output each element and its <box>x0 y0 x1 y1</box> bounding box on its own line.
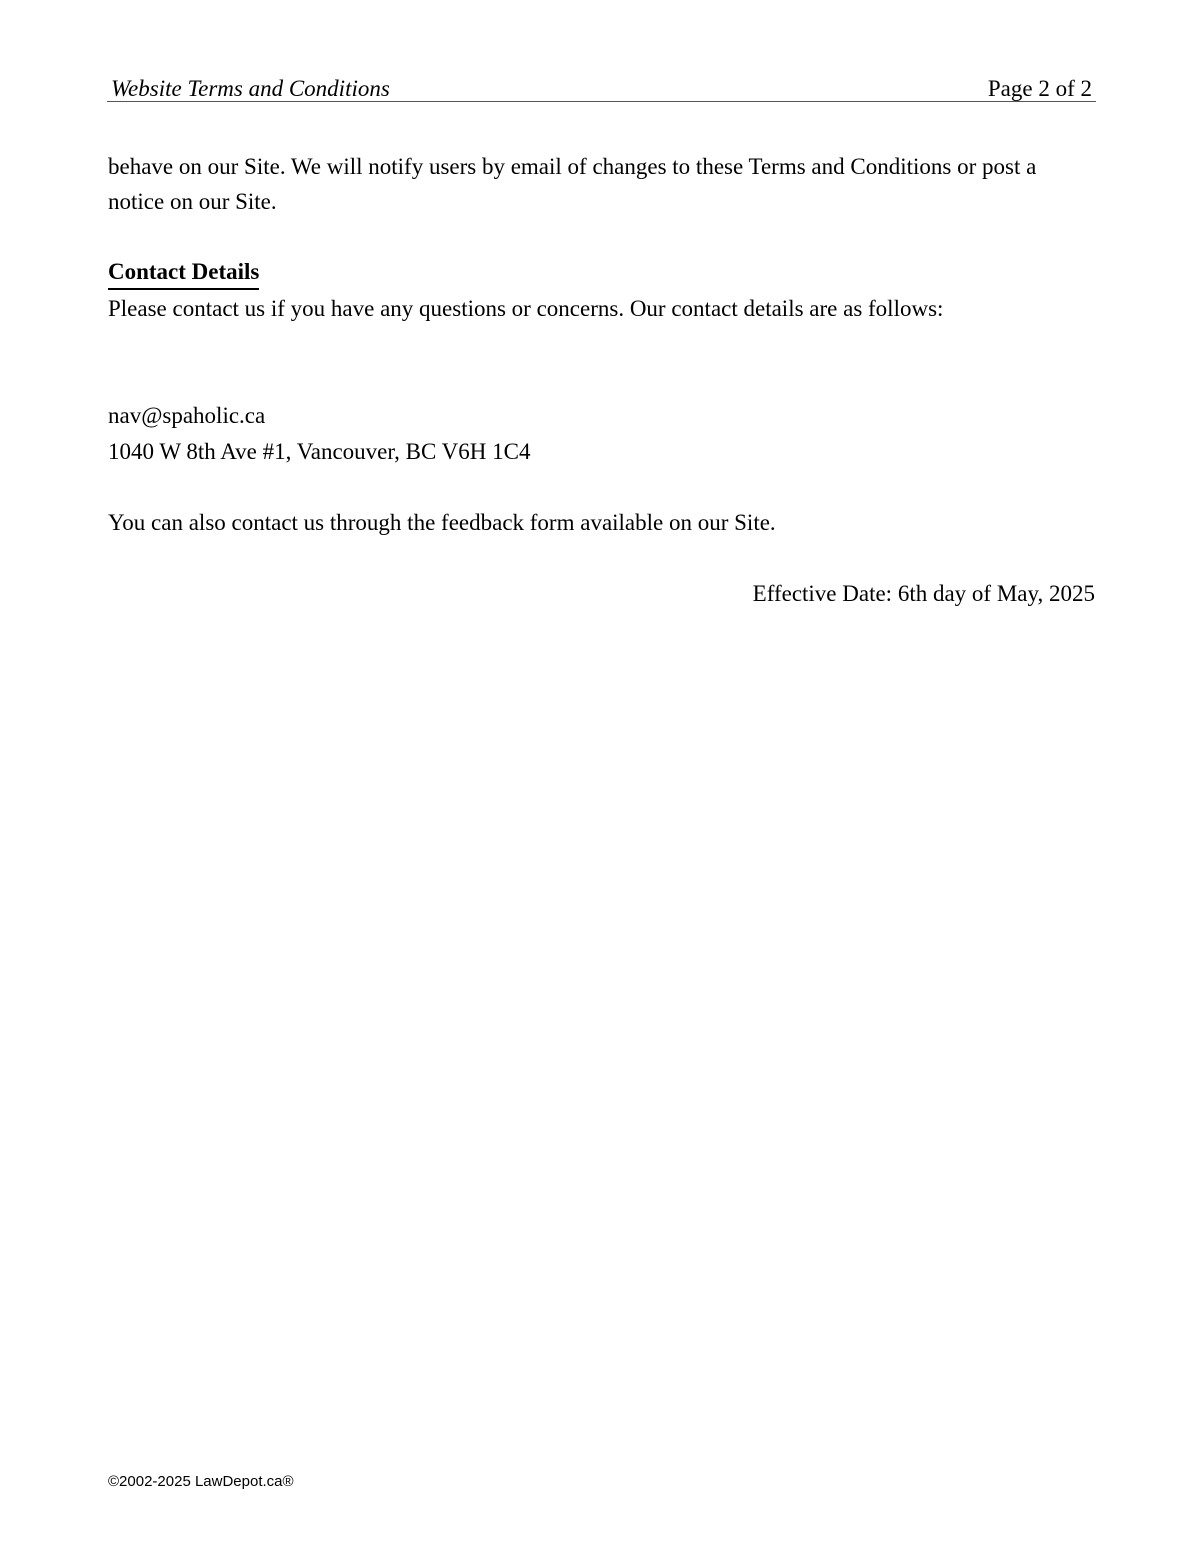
contact-paragraph: Please contact us if you have any questi… <box>108 291 943 326</box>
contact-details-heading: Contact Details <box>108 256 259 290</box>
document-title: Website Terms and Conditions <box>111 74 390 104</box>
effective-date: Effective Date: 6th day of May, 2025 <box>753 576 1095 611</box>
intro-paragraph-line-2: notice on our Site. <box>108 184 277 219</box>
page-number: Page 2 of 2 <box>988 74 1092 104</box>
feedback-paragraph: You can also contact us through the feed… <box>108 505 776 540</box>
page-header: Website Terms and Conditions Page 2 of 2 <box>107 74 1096 102</box>
intro-paragraph-line-1: behave on our Site. We will notify users… <box>108 149 1036 184</box>
copyright-footer: ©2002-2025 LawDepot.ca® <box>108 1472 294 1492</box>
contact-address: 1040 W 8th Ave #1, Vancouver, BC V6H 1C4 <box>108 434 530 469</box>
contact-email: nav@spaholic.ca <box>108 398 265 433</box>
